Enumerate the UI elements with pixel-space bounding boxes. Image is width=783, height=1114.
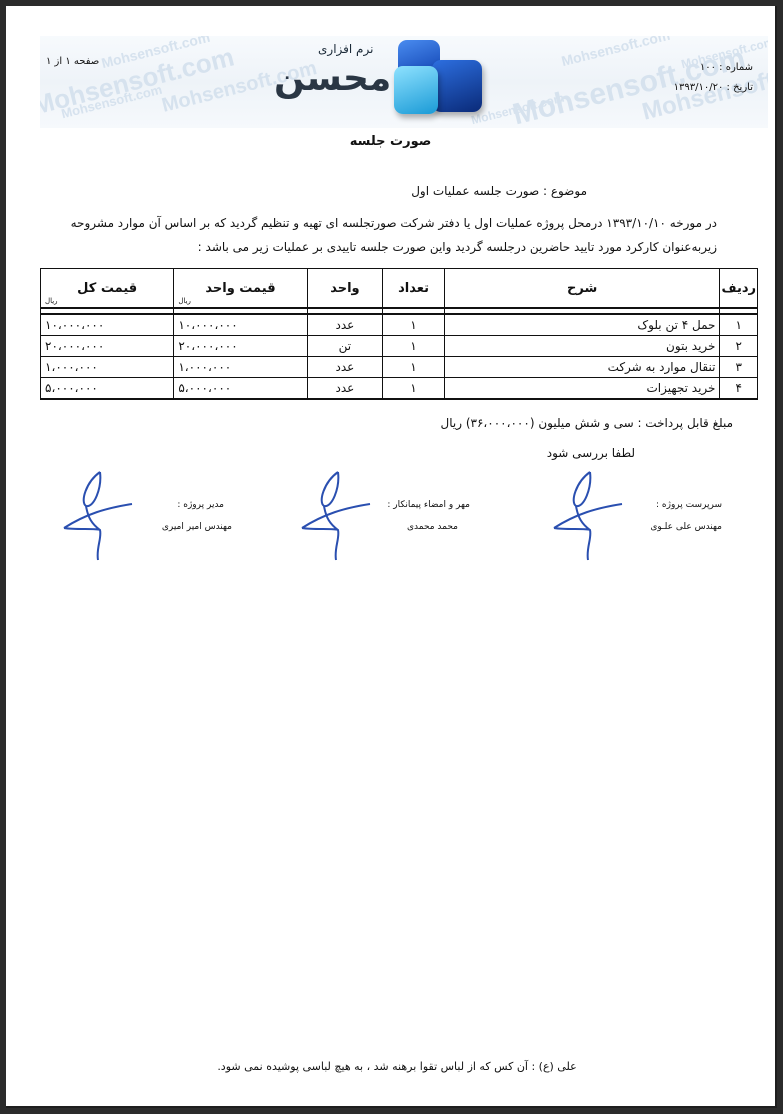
document-title: صورت جلسه — [6, 134, 775, 149]
header-quantity: تعداد — [383, 269, 445, 309]
items-table: ردیف شرح تعداد واحد قیمت واحدریال قیمت ک… — [40, 268, 758, 400]
signature-name: مهندس علی علـوی — [650, 522, 722, 532]
number-label: شماره : — [719, 62, 753, 73]
cell-unit-price: ۱۰،۰۰۰،۰۰۰ — [174, 314, 307, 336]
cell-quantity: ۱ — [383, 357, 445, 378]
logo-cube-right — [432, 60, 482, 112]
cell-unit: عدد — [307, 314, 383, 336]
signature-block-supervisor: سرپرست پروژه : مهندس علی علـوی — [536, 468, 766, 568]
signature-name: محمد محمدی — [407, 522, 458, 532]
logo-cube-left — [394, 66, 438, 114]
cell-unit: عدد — [307, 357, 383, 378]
header-unit: واحد — [307, 269, 383, 309]
footer-quote: علی (ع) : آن کس که از لباس تقوا برهنه شد… — [6, 1060, 783, 1073]
cell-total-price: ۲۰،۰۰۰،۰۰۰ — [41, 336, 174, 357]
signature-icon — [56, 468, 136, 563]
table-row: ۴ خرید تجهیزات ۱ عدد ۵،۰۰۰،۰۰۰ ۵،۰۰۰،۰۰۰ — [41, 378, 758, 400]
signature-role: سرپرست پروژه : — [656, 500, 722, 510]
cell-unit-price: ۱،۰۰۰،۰۰۰ — [174, 357, 307, 378]
header-unit-price-label: قیمت واحد — [205, 281, 275, 296]
table-header-row: ردیف شرح تعداد واحد قیمت واحدریال قیمت ک… — [41, 269, 758, 309]
date-label: تاریخ : — [727, 82, 753, 93]
cell-quantity: ۱ — [383, 336, 445, 357]
document-page: Mohsensoft.com Mohsensoft.com Mohsensoft… — [6, 6, 777, 1108]
header-total-price: قیمت کلریال — [41, 269, 174, 309]
logo-subtitle: نرم افزاری — [318, 42, 373, 56]
signature-icon — [294, 468, 374, 563]
date-value: ۱۳۹۳/۱۰/۲۰ — [674, 82, 724, 93]
document-body: در مورخه ۱۳۹۳/۱۰/۱۰ درمحل پروژه عملیات ا… — [50, 211, 717, 259]
table-row: ۳ تنقال موارد به شرکت ۱ عدد ۱،۰۰۰،۰۰۰ ۱،… — [41, 357, 758, 378]
cell-unit-price: ۵،۰۰۰،۰۰۰ — [174, 378, 307, 400]
header-total-price-label: قیمت کل — [77, 281, 137, 296]
cell-quantity: ۱ — [383, 314, 445, 336]
cell-row-no: ۱ — [720, 314, 758, 336]
cell-description: خرید بتون — [444, 336, 720, 357]
review-note: لطفا بررسی شود — [547, 446, 635, 460]
body-line-2: زیربه‌عنوان کارکرد مورد تایید حاضرین درج… — [50, 235, 717, 259]
signature-name: مهندس امیر امیری — [162, 522, 232, 532]
table-row: ۱ حمل ۴ تن بلوک ۱ عدد ۱۰،۰۰۰،۰۰۰ ۱۰،۰۰۰،… — [41, 314, 758, 336]
signature-block-contractor: مهر و امضاء پیمانکار : محمد محمدی — [284, 468, 514, 568]
cell-row-no: ۴ — [720, 378, 758, 400]
body-line-1: در مورخه ۱۳۹۳/۱۰/۱۰ درمحل پروژه عملیات ا… — [50, 211, 717, 235]
document-subject: موضوع : صورت جلسه عملیات اول — [411, 184, 587, 198]
cell-description: تنقال موارد به شرکت — [444, 357, 720, 378]
cell-unit-price: ۲۰،۰۰۰،۰۰۰ — [174, 336, 307, 357]
cell-row-no: ۲ — [720, 336, 758, 357]
header-row-no: ردیف — [720, 269, 758, 309]
signature-role: مهر و امضاء پیمانکار : — [387, 500, 470, 510]
cell-total-price: ۵،۰۰۰،۰۰۰ — [41, 378, 174, 400]
cell-total-price: ۱۰،۰۰۰،۰۰۰ — [41, 314, 174, 336]
document-meta: شماره : ۱۰۰ تاریخ : ۱۳۹۳/۱۰/۲۰ — [674, 58, 753, 98]
logo-name: محسن — [274, 58, 391, 99]
header-description: شرح — [444, 269, 720, 309]
cell-description: حمل ۴ تن بلوک — [444, 314, 720, 336]
cell-quantity: ۱ — [383, 378, 445, 400]
cell-unit: عدد — [307, 378, 383, 400]
currency-label: ریال — [45, 297, 58, 305]
cell-description: خرید تجهیزات — [444, 378, 720, 400]
cell-total-price: ۱،۰۰۰،۰۰۰ — [41, 357, 174, 378]
currency-label: ریال — [178, 297, 191, 305]
number-value: ۱۰۰ — [700, 62, 716, 73]
cell-unit: تن — [307, 336, 383, 357]
company-logo: نرم افزاری محسن — [274, 40, 494, 124]
signature-role: مدیر پروژه : — [177, 500, 224, 510]
page-indicator: صفحه ۱ از ۱ — [46, 56, 99, 67]
payable-amount: مبلغ قابل پرداخت : سی و شش میلیون (۳۶،۰۰… — [441, 416, 734, 430]
header-unit-price: قیمت واحدریال — [174, 269, 307, 309]
table-row: ۲ خرید بتون ۱ تن ۲۰،۰۰۰،۰۰۰ ۲۰،۰۰۰،۰۰۰ — [41, 336, 758, 357]
signature-block-manager: مدیر پروژه : مهندس امیر امیری — [46, 468, 276, 568]
signature-icon — [546, 468, 626, 563]
cell-row-no: ۳ — [720, 357, 758, 378]
